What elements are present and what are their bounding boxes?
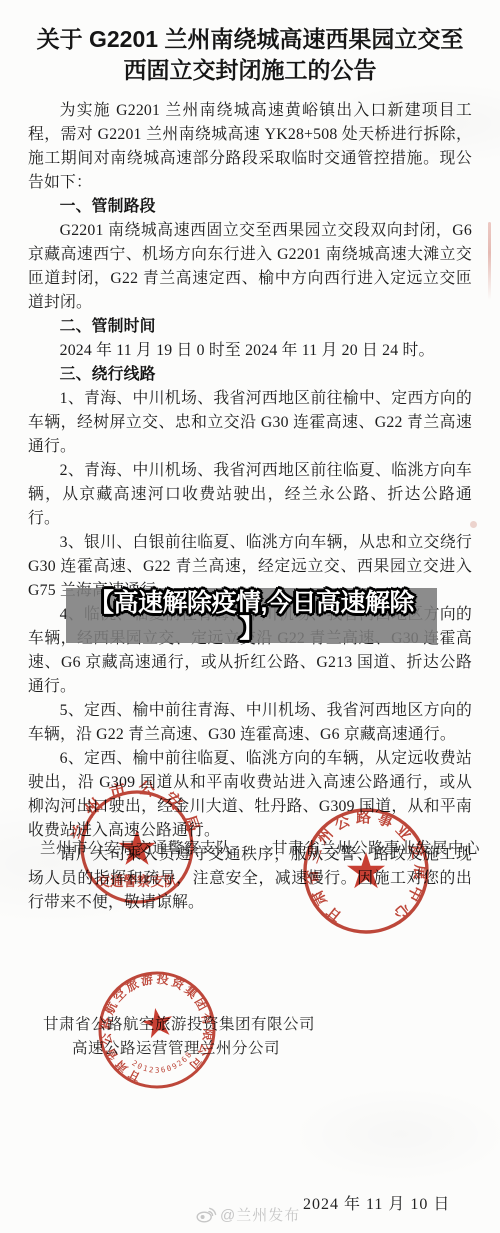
control-time-paragraph: 2024 年 11 月 19 日 0 时至 2024 年 11 月 20 日 2… [28,339,472,363]
detour-route-2: 2、青海、中川机场、我省河西地区前往临夏、临洮方向车辆，从京藏高速河口收费站驶出… [28,459,472,531]
section-heading-3: 三、绕行线路 [28,363,472,387]
document-date: 2024 年 11 月 10 日 [303,1191,450,1214]
overlay-caption-line-2: 】 [239,616,264,642]
announcement-document: 关于 G2201 兰州南绕城高速西果园立交至 西固立交封闭施工的公告 为实施 G… [0,0,500,1233]
star-icon [140,1005,175,1039]
scan-artifact-streak [488,222,491,300]
section-heading-2: 二、管制时间 [28,315,472,339]
title-line-1: 关于 G2201 兰州南绕城高速西果园立交至 [37,26,464,52]
group-signature-label-2: 高速公路运营管理兰州分公司 [72,1036,280,1058]
overlay-caption-line-1: 【高速解除疫情,今日高速解除 [89,590,414,616]
group-signature-label-1: 甘肃省公路航空旅游投资集团有限公司 [43,1012,315,1034]
intro-paragraph: 为实施 G2201 兰州南绕城高速黄峪镇出入口新建项目工程，需对 G2201 兰… [28,99,472,195]
group-seal-ring-text: 甘肃省公路航空旅游投资集团有限公司 [89,962,224,1091]
svg-text:甘肃省公路航空旅游投资集团有限公司: 甘肃省公路航空旅游投资集团有限公司 [89,962,224,1091]
group-seal-stamp: 甘肃省公路航空旅游投资集团有限公司 6201236092681 [87,960,227,1100]
group-seal-icon: 甘肃省公路航空旅游投资集团有限公司 6201236092681 [87,960,227,1100]
weibo-icon [196,1206,217,1223]
page-title: 关于 G2201 兰州南绕城高速西果园立交至 西固立交封闭施工的公告 [28,24,472,86]
title-line-2: 西固立交封闭施工的公告 [124,57,377,83]
watermark: @兰州发布 [196,1204,300,1225]
svg-text:6201236092681: 6201236092681 [124,1017,197,1079]
controlled-sections-paragraph: G2201 南绕城高速西固立交至西果园立交段双向封闭，G6 京藏高速西宁、机场方… [28,219,472,315]
group-seal-serial-text: 6201236092681 [124,1017,197,1079]
scan-artifact-dot [470,521,477,528]
document-body: 关于 G2201 兰州南绕城高速西果园立交至 西固立交封闭施工的公告 为实施 G… [0,0,500,915]
watermark-text: @兰州发布 [220,1204,300,1225]
section-heading-1: 一、管制路段 [28,195,472,219]
closing-paragraph: 请广大司乘人员遵守交通秩序，服从交警、路政及施工现场人员的指挥和疏导，注意安全，… [28,843,472,915]
detour-route-6: 6、定西、榆中前往临夏、临洮方向的车辆，从定远收费站驶出，沿 G309 国道从和… [28,747,472,843]
detour-route-5: 5、定西、榆中前往青海、中川机场、我省河西地区方向的车辆，沿 G22 青兰高速、… [28,699,472,747]
detour-route-1: 1、青海、中川机场、我省河西地区前往榆中、定西方向的车辆，经树屏立交、忠和立交沿… [28,387,472,459]
overlay-caption-band: 【高速解除疫情,今日高速解除 】 [66,588,437,643]
